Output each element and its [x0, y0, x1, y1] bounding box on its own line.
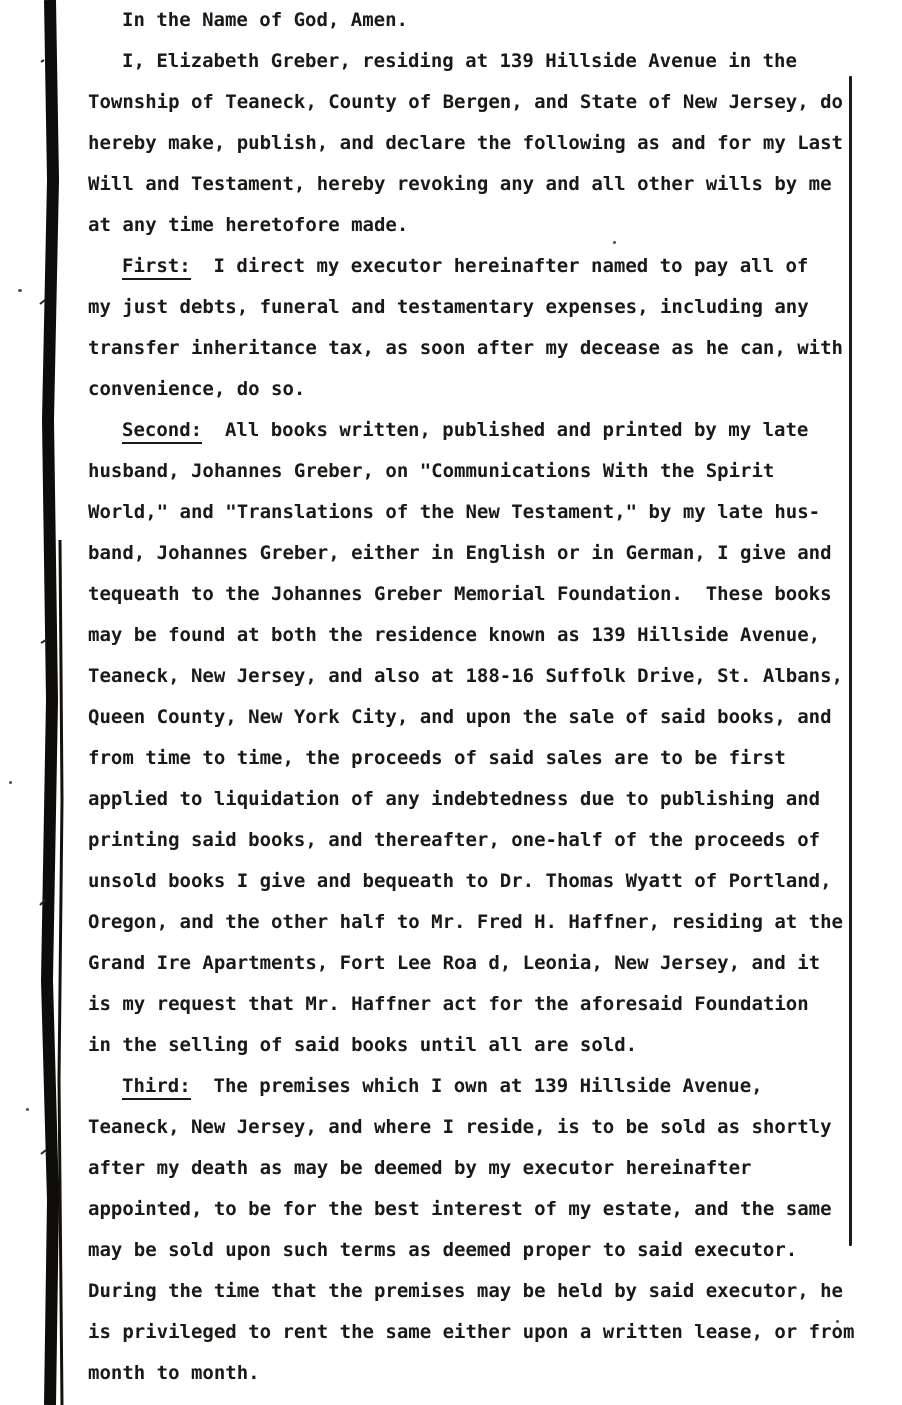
scan-speckle	[18, 289, 22, 292]
text-line: from time to time, the proceeds of said …	[88, 738, 868, 779]
will-text-body: In the Name of God, Amen.I, Elizabeth Gr…	[88, 0, 868, 1394]
text-line: applied to liquidation of any indebtedne…	[88, 779, 868, 820]
text-line: after my death as may be deemed by my ex…	[88, 1148, 868, 1189]
text-line: husband, Johannes Greber, on "Communicat…	[88, 451, 868, 492]
text-line: Third: The premises which I own at 139 H…	[88, 1066, 868, 1107]
text-line: in the selling of said books until all a…	[88, 1025, 868, 1066]
text-line: appointed, to be for the best interest o…	[88, 1189, 868, 1230]
text-line: is my request that Mr. Haffner act for t…	[88, 984, 868, 1025]
text-line: month to month.	[88, 1353, 868, 1394]
text-line: Queen County, New York City, and upon th…	[88, 697, 868, 738]
text-line: During the time that the premises may be…	[88, 1271, 868, 1312]
text-line: may be sold upon such terms as deemed pr…	[88, 1230, 868, 1271]
text-line: First: I direct my executor hereinafter …	[88, 246, 868, 287]
text-line: Teaneck, New Jersey, and where I reside,…	[88, 1107, 868, 1148]
text-line: may be found at both the residence known…	[88, 615, 868, 656]
text-line: I, Elizabeth Greber, residing at 139 Hil…	[88, 41, 868, 82]
text-line: Grand Ire Apartments, Fort Lee Roa d, Le…	[88, 943, 868, 984]
text-line: is privileged to rent the same either up…	[88, 1312, 868, 1353]
section-heading: Second:	[122, 419, 202, 444]
text-line: convenience, do so.	[88, 369, 868, 410]
text-line: Teaneck, New Jersey, and also at 188-16 …	[88, 656, 868, 697]
text-line: printing said books, and thereafter, one…	[88, 820, 868, 861]
scan-edge-artifact-left	[0, 0, 80, 1405]
text-line: Oregon, and the other half to Mr. Fred H…	[88, 902, 868, 943]
text-line: Second: All books written, published and…	[88, 410, 868, 451]
text-line: band, Johannes Greber, either in English…	[88, 533, 868, 574]
section-heading: First:	[122, 255, 191, 280]
scan-speckle	[9, 781, 12, 784]
text-line: Will and Testament, hereby revoking any …	[88, 164, 868, 205]
text-line: at any time heretofore made.	[88, 205, 868, 246]
text-line: In the Name of God, Amen.	[88, 0, 868, 41]
text-line: World," and "Translations of the New Tes…	[88, 492, 868, 533]
text-line: unsold books I give and bequeath to Dr. …	[88, 861, 868, 902]
scan-speckle	[26, 1108, 29, 1111]
text-line: hereby make, publish, and declare the fo…	[88, 123, 868, 164]
text-line: my just debts, funeral and testamentary …	[88, 287, 868, 328]
scanned-will-page: In the Name of God, Amen.I, Elizabeth Gr…	[0, 0, 902, 1405]
text-line: tequeath to the Johannes Greber Memorial…	[88, 574, 868, 615]
text-line: Township of Teaneck, County of Bergen, a…	[88, 82, 868, 123]
section-heading: Third:	[122, 1075, 191, 1100]
text-line: transfer inheritance tax, as soon after …	[88, 328, 868, 369]
